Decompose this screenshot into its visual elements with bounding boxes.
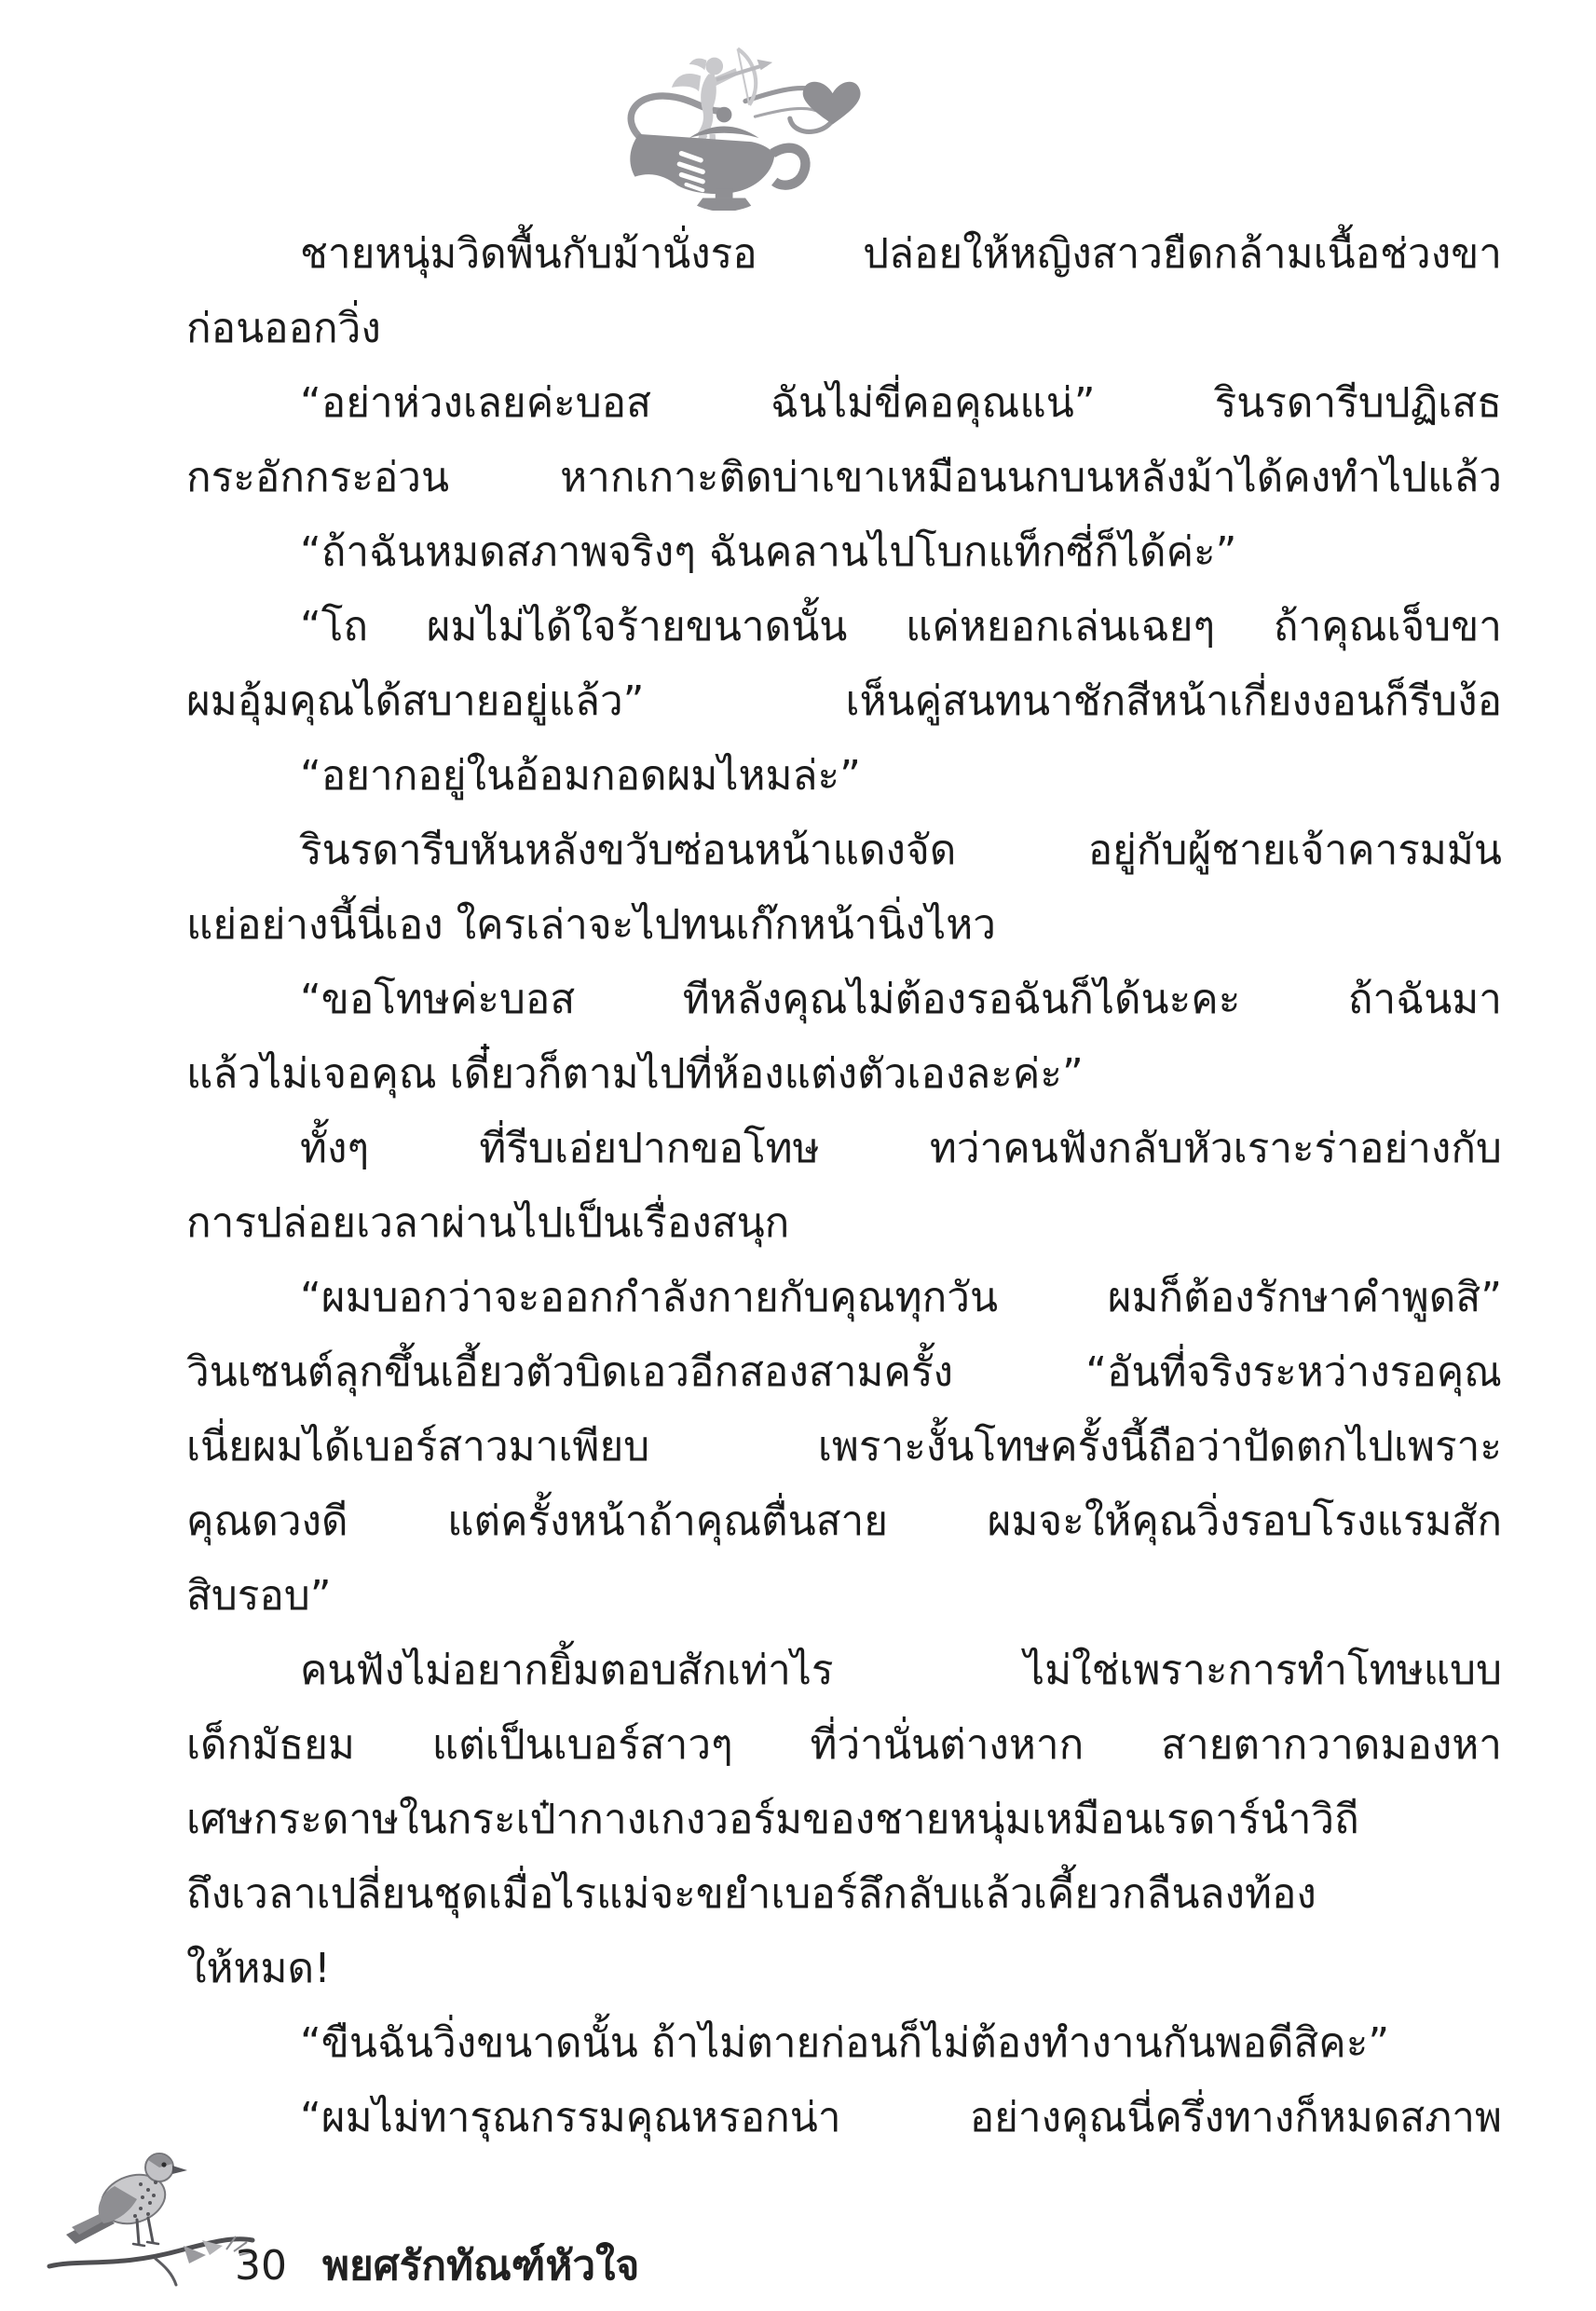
body-text: ชายหนุ่มวิดพื้นกับม้านั่งรอ ปล่อยให้หญิง… <box>186 217 1502 2155</box>
genie-lamp-icon <box>630 107 805 211</box>
text-line: รินรดารีบหันหลังขวับซ่อนหน้าแดงจัด อยู่ก… <box>186 814 1502 888</box>
text-line: ก่อนออกวิ่ง <box>186 292 1502 366</box>
text-line: คนฟังไม่อยากยิ้มตอบสักเท่าไร ไม่ใช่เพราะ… <box>186 1634 1502 1708</box>
eye <box>161 2162 166 2167</box>
text-line: กระอักกระอ่วน หากเกาะติดบ่าเขาเหมือนนกบน… <box>186 441 1502 515</box>
header-ornament <box>596 41 894 211</box>
book-page: ชายหนุ่มวิดพื้นกับม้านั่งรอ ปล่อยให้หญิง… <box>0 0 1596 2311</box>
text-line: “อยากอยู่ในอ้อมกอดผมไหมล่ะ” <box>186 739 1502 814</box>
bird-on-branch-icon <box>43 2126 259 2311</box>
bird-illustration <box>43 2126 259 2311</box>
text-line: แย่อย่างนี้นี่เอง ใครเล่าจะไปทนเก๊กหน้าน… <box>186 888 1502 963</box>
text-line: เด็กมัธยม แต่เป็นเบอร์สาวๆ ที่ว่านั่นต่า… <box>186 1708 1502 1783</box>
book-title: พยศรักทัณฑ์หัวใจ <box>322 2233 639 2298</box>
text-line: “ถ้าฉันหมดสภาพจริงๆ ฉันคลานไปโบกแท็กซี่ก… <box>186 515 1502 590</box>
genie-lamp-cupid-icon <box>596 41 894 211</box>
text-line: “ขอโทษค่ะบอส ทีหลังคุณไม่ต้องรอฉันก็ได้น… <box>186 963 1502 1037</box>
text-line: “ขืนฉันวิ่งขนาดนั้น ถ้าไม่ตายก่อนก็ไม่ต้… <box>186 2006 1502 2081</box>
text-line: ผมอุ้มคุณได้สบายอยู่แล้ว” เห็นคู่สนทนาชั… <box>186 664 1502 739</box>
text-line: ชายหนุ่มวิดพื้นกับม้านั่งรอ ปล่อยให้หญิง… <box>186 217 1502 292</box>
heart-icon <box>803 82 861 125</box>
page-footer: 30 พยศรักทัณฑ์หัวใจ <box>235 2233 639 2298</box>
text-line: “อย่าห่วงเลยค่ะบอส ฉันไม่ขี่คอคุณแน่” ริ… <box>186 366 1502 441</box>
text-line: “โถ ผมไม่ได้ใจร้ายขนาดนั้น แค่หยอกเล่นเฉ… <box>186 590 1502 664</box>
text-line: “ผมไม่ทารุณกรรมคุณหรอกน่า อย่างคุณนี่ครึ… <box>186 2081 1502 2155</box>
beak <box>172 2166 187 2174</box>
text-line: แล้วไม่เจอคุณ เดี๋ยวก็ตามไปที่ห้องแต่งตั… <box>186 1037 1502 1112</box>
text-line: เศษกระดาษในกระเป๋ากางเกงวอร์มของชายหนุ่ม… <box>186 1783 1502 1857</box>
text-line: “ผมบอกว่าจะออกกำลังกายกับคุณทุกวัน ผมก็ต… <box>186 1261 1502 1335</box>
text-line: ทั้งๆ ที่รีบเอ่ยปากขอโทษ ทว่าคนฟังกลับหั… <box>186 1112 1502 1186</box>
text-line: สิบรอบ” <box>186 1559 1502 1634</box>
smoke-swirl-3 <box>755 108 821 116</box>
text-line: เนี่ยผมได้เบอร์สาวมาเพียบ เพราะงั้นโทษคร… <box>186 1410 1502 1484</box>
text-line: วินเซนต์ลุกขึ้นเอี้ยวตัวบิดเอวอีกสองสามค… <box>186 1335 1502 1410</box>
text-line: ถึงเวลาเปลี่ยนชุดเมื่อไรแม่จะขยำเบอร์ลึก… <box>186 1857 1502 1932</box>
page-number: 30 <box>235 2242 287 2290</box>
text-line: คุณดวงดี แต่ครั้งหน้าถ้าคุณตื่นสาย ผมจะใ… <box>186 1484 1502 1559</box>
text-line: ให้หมด! <box>186 1932 1502 2006</box>
text-line: การปล่อยเวลาผ่านไปเป็นเรื่องสนุก <box>186 1186 1502 1261</box>
